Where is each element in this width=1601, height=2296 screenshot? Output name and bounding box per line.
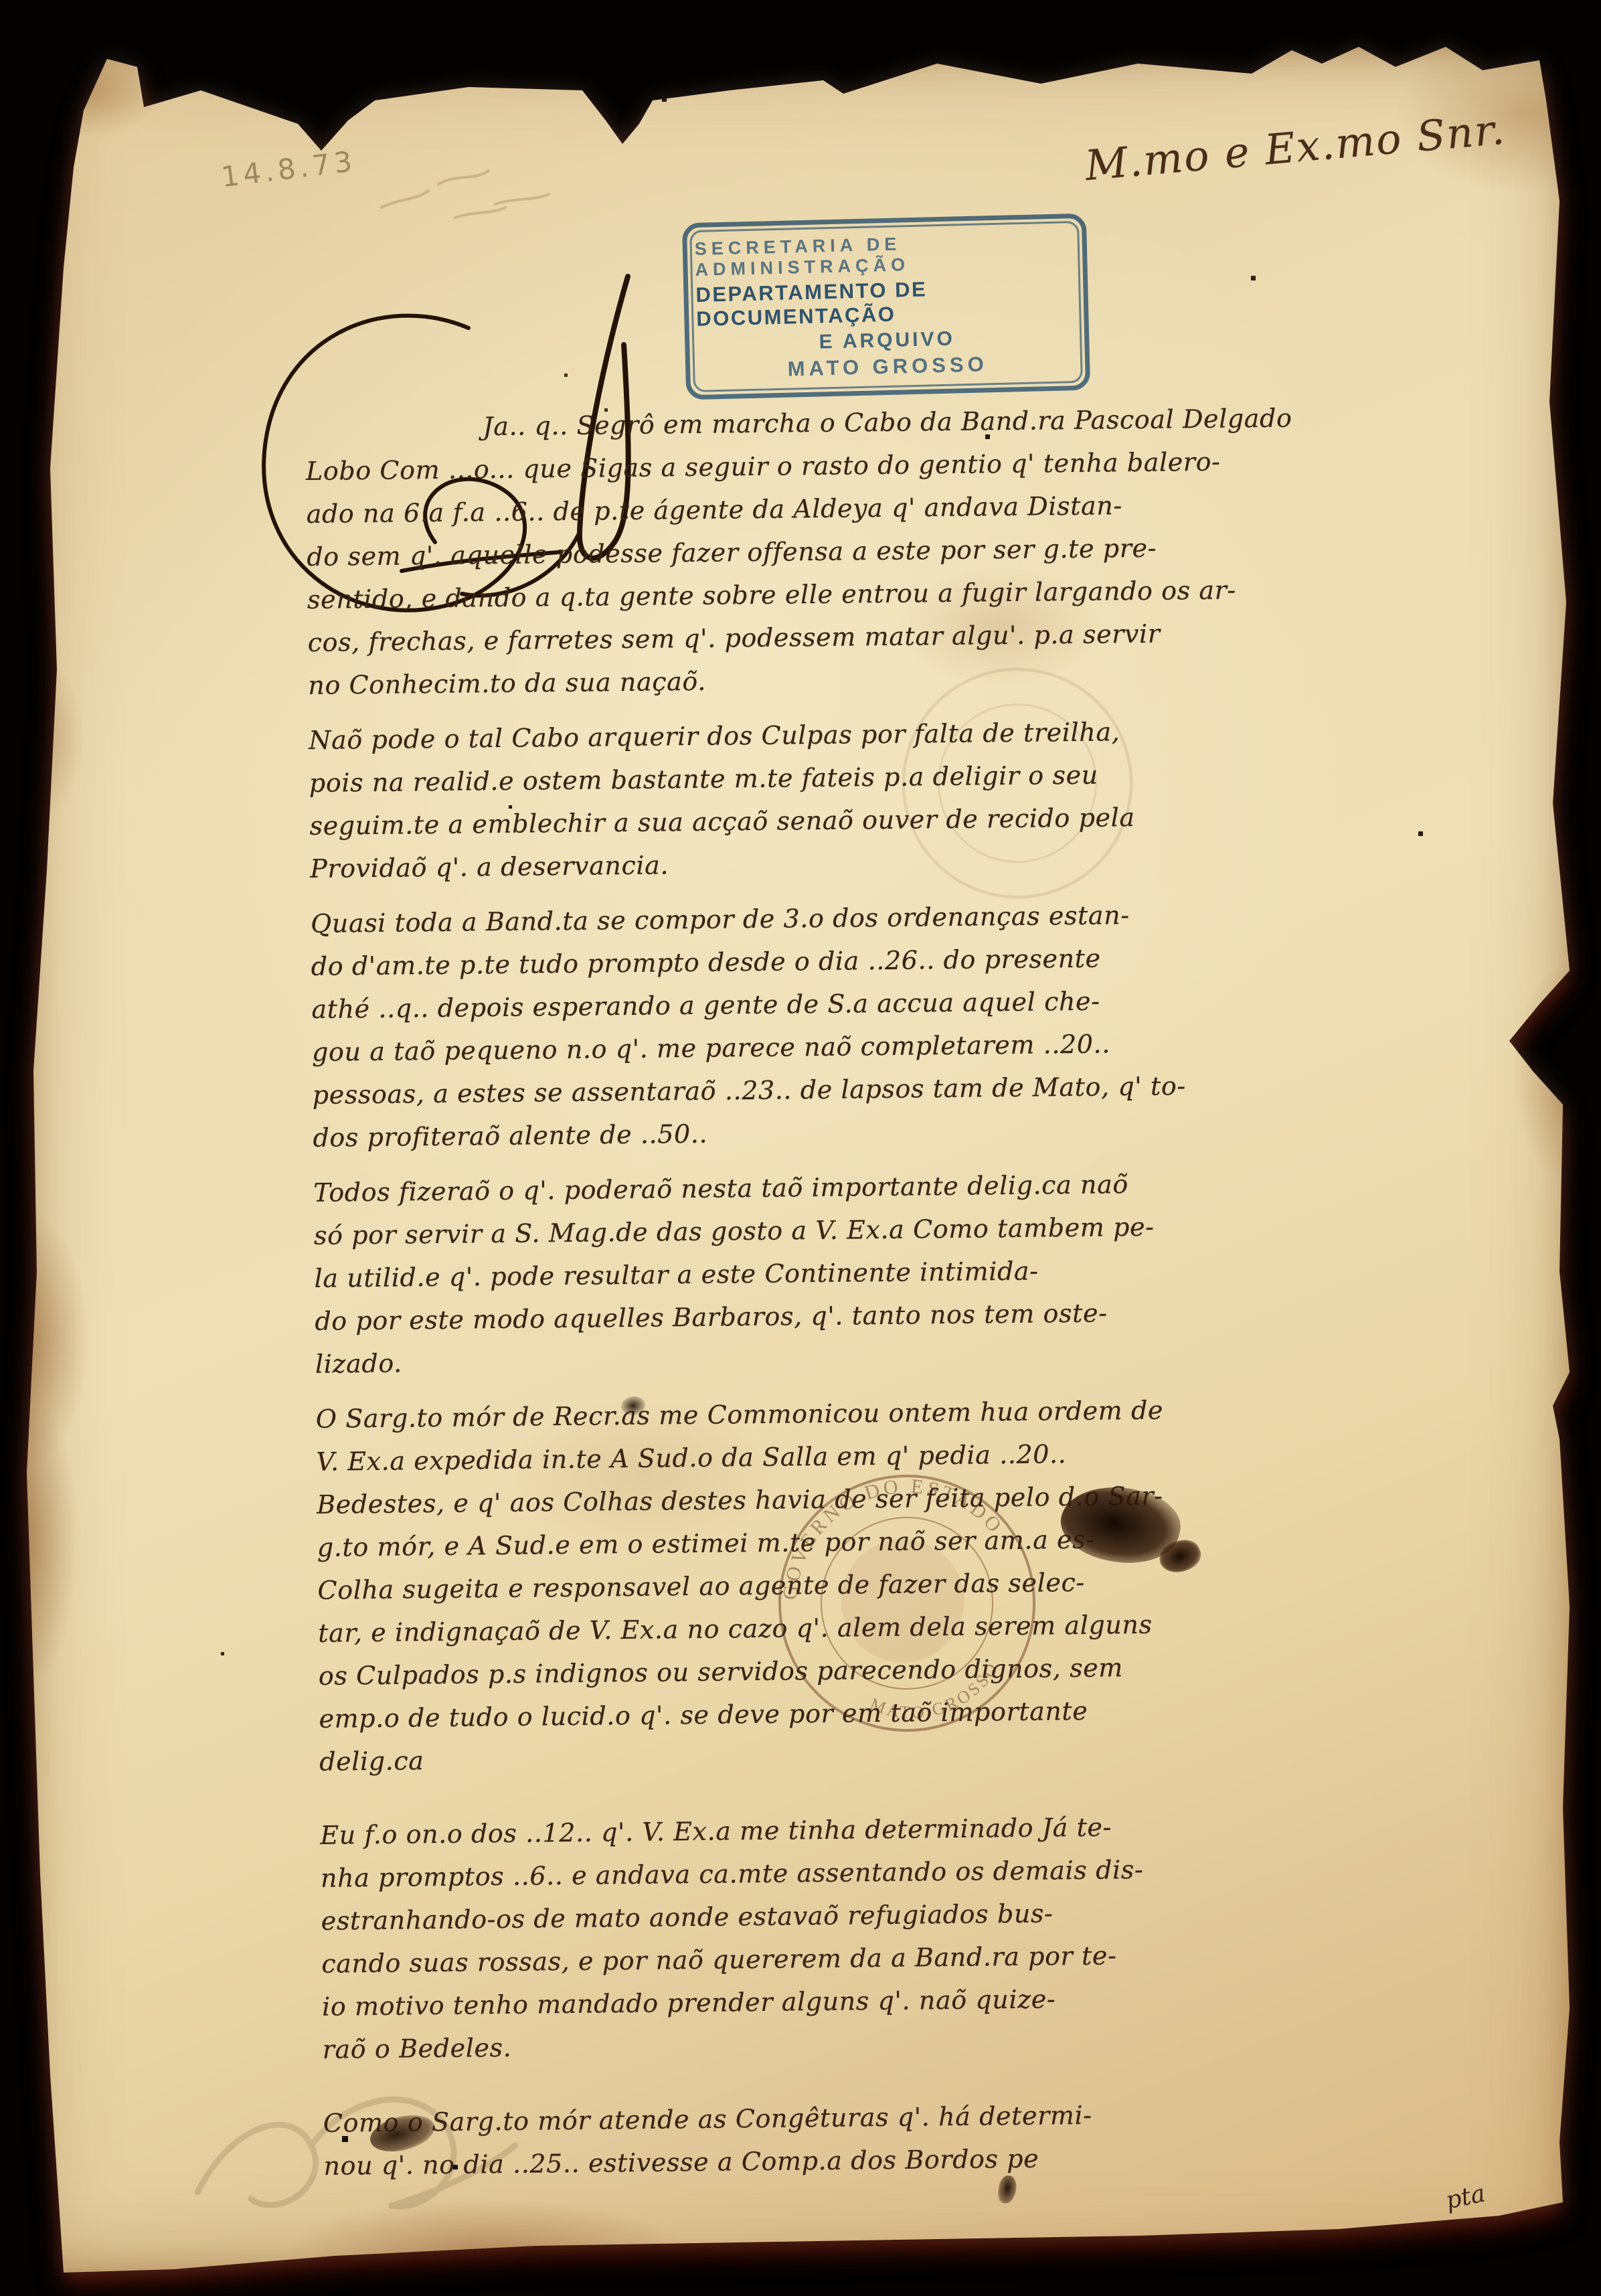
paragraph-7: Como o Sarg.to mór atende as Congêturas …: [323, 2088, 1589, 2188]
pencil-scribbles: [375, 144, 576, 231]
manuscript-body: Ja.. q.. Segrô em marcha o Cabo da Band.…: [305, 394, 1589, 2200]
archive-stamp-line-4: MATO GROSSO: [787, 352, 988, 381]
paragraph-3: Quasi toda a Band.ta se compor de 3.o do…: [311, 889, 1578, 1159]
paragraph-4: Todos fizeraõ o q'. poderaõ nesta taõ im…: [313, 1158, 1580, 1386]
archive-stamp-line-3: E ARQUIVO: [819, 328, 955, 354]
archive-stamp-line-2: DEPARTAMENTO DE DOCUMENTAÇÃO: [695, 274, 1077, 331]
archive-stamp: SECRETARIA DE ADMINISTRAÇÃO DEPARTAMENTO…: [682, 214, 1090, 400]
paragraph-2: Naõ pode o tal Cabo arquerir dos Culpas …: [309, 706, 1576, 890]
paper-specks: [0, 0, 1, 1]
paragraph-5: O Sarg.to mór de Recr.as me Commonicou o…: [316, 1384, 1585, 1783]
archive-stamp-line-1: SECRETARIA DE ADMINISTRAÇÃO: [694, 230, 1075, 280]
paragraph-6: Eu f.o on.o dos ..12.. q'. V. Ex.a me ti…: [320, 1801, 1588, 2071]
archive-stamp-border: SECRETARIA DE ADMINISTRAÇÃO DEPARTAMENTO…: [689, 221, 1083, 392]
scan-canvas: GOVERNO DO ESTADO MATO GROSSO 14.8.73 M.…: [0, 0, 1601, 2296]
paragraph-1: Ja.. q.. Segrô em marcha o Cabo da Band.…: [305, 394, 1574, 707]
